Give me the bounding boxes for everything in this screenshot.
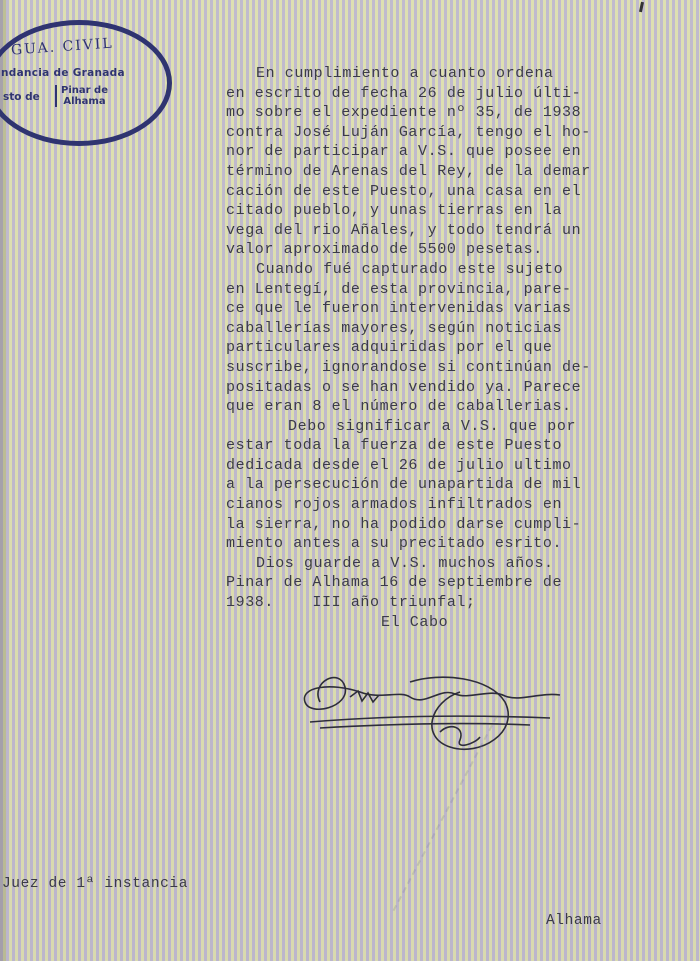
letter-line: la sierra, no ha podido darse cumpli- <box>226 515 700 535</box>
stamp-line-3: sto de <box>3 91 40 103</box>
letter-line: valor aproximado de 5500 pesetas. <box>226 240 700 260</box>
stamp-place-line-2: Alhama <box>63 96 105 107</box>
letter-line: Cuando fué capturado este sujeto <box>226 260 700 280</box>
letter-line: dedicada desde el 26 de julio ultimo <box>226 456 700 476</box>
stamp-line-1: GUA. CIVIL <box>11 35 115 58</box>
letter-line: nor de participar a V.S. que posee en <box>226 142 700 162</box>
letter-line: miento antes a su precitado esrito. <box>226 534 700 554</box>
letter-line: Pinar de Alhama 16 de septiembre de <box>226 573 700 593</box>
letter-line: estar toda la fuerza de este Puesto <box>226 436 700 456</box>
letter-line: Dios guarde a V.S. muchos años. <box>226 554 700 574</box>
letter-line: en escrito de fecha 26 de julio últi- <box>226 84 700 104</box>
stamp-place: Pinar de Alhama <box>55 85 108 107</box>
letter-line: a la persecución de unapartida de mil <box>226 475 700 495</box>
page-edge <box>0 0 6 961</box>
letter-line: caballerías mayores, según noticias <box>226 319 700 339</box>
letter-line: positadas o se han vendido ya. Parece <box>226 378 700 398</box>
letter-body: En cumplimiento a cuanto ordenaen escrit… <box>226 64 700 632</box>
stamp-line-2: ndancia de Granada <box>1 67 125 79</box>
addressee: Juez de 1ª instancia <box>2 876 188 892</box>
letter-line: El Cabo <box>226 613 700 633</box>
letter-line: suscribe, ignorandose si continúan de- <box>226 358 700 378</box>
letter-line: contra José Luján García, tengo el ho- <box>226 123 700 143</box>
addressee-place: Alhama <box>546 913 602 929</box>
stamp-place-line-1: Pinar de <box>61 85 108 96</box>
letter-line: término de Arenas del Rey, de la demar <box>226 162 700 182</box>
letter-line: cianos rojos armados infiltrados en <box>226 495 700 515</box>
letter-line: cación de este Puesto, una casa en el <box>226 182 700 202</box>
letter-line: particulares adquiridas por el que <box>226 338 700 358</box>
letter-line: en Lentegí, de esta provincia, pare- <box>226 280 700 300</box>
letter-line: vega del rio Añales, y todo tendrá un <box>226 221 700 241</box>
ink-mark <box>639 2 644 12</box>
letter-line: mo sobre el expediente nº 35, de 1938 <box>226 103 700 123</box>
letter-line: citado pueblo, y unas tierras en la <box>226 201 700 221</box>
letter-line: 1938. III año triunfal; <box>226 593 700 613</box>
letter-line: que eran 8 el número de caballerias. <box>226 397 700 417</box>
letter-line: En cumplimiento a cuanto ordena <box>226 64 700 84</box>
guardia-civil-stamp: GUA. CIVIL ndancia de Granada sto de Pin… <box>0 20 172 146</box>
letter-line: ce que le fueron intervenidas varias <box>226 299 700 319</box>
letter-line: Debo significar a V.S. que por <box>226 417 700 437</box>
